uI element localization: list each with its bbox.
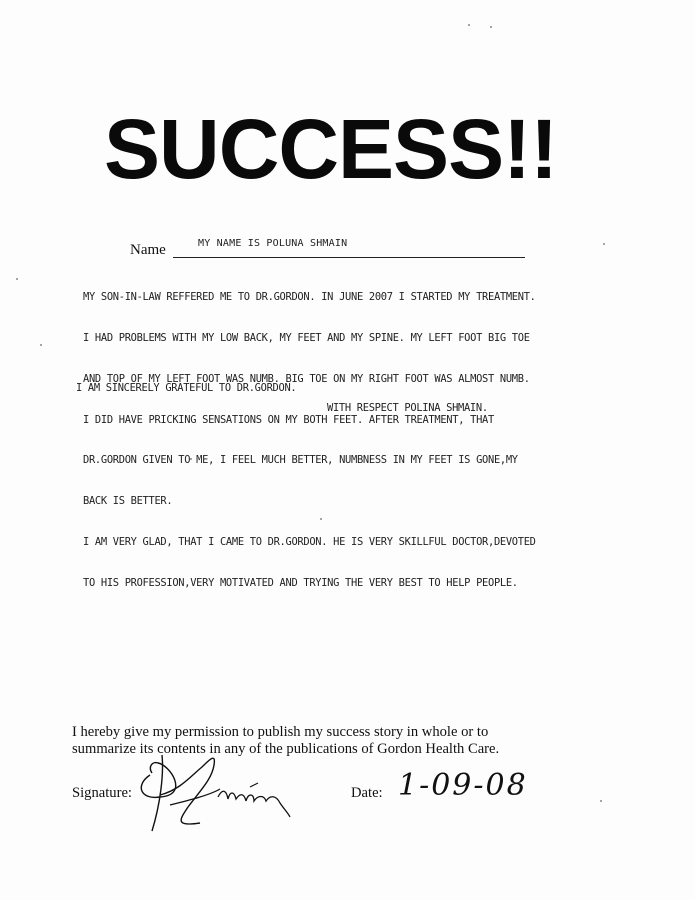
name-value: MY NAME IS POLUNA SHMAIN [198,238,347,249]
scan-speck [16,278,18,280]
name-label: Name [130,242,166,259]
grateful-line: I AM SINCERELY GRATEFUL TO DR.GORDON. [76,382,296,394]
date-label: Date: [351,785,383,802]
scan-speck [468,24,470,26]
scanned-page: SUCCESS!! Name MY NAME IS POLUNA SHMAIN … [0,0,695,900]
handwritten-signature [130,745,330,835]
scan-speck [40,344,42,346]
scan-speck [603,243,605,245]
page-title: SUCCESS!! [104,104,564,194]
testimonial-body: MY SON-IN-LAW REFFERED ME TO DR.GORDON. … [83,264,643,617]
closing-line: WITH RESPECT POLINA SHMAIN. [327,402,488,414]
body-line: TO HIS PROFESSION,VERY MOTIVATED AND TRY… [83,577,643,591]
body-line: BACK IS BETTER. [83,495,643,509]
handwritten-date: 1-09-08 [398,768,528,803]
name-field: Name MY NAME IS POLUNA SHMAIN [130,236,530,260]
body-line: I AM VERY GLAD, THAT I CAME TO DR.GORDON… [83,536,643,550]
signature-label: Signature: [72,785,132,802]
body-line: I DID HAVE PRICKING SENSATIONS ON MY BOT… [83,414,643,428]
body-line: MY SON-IN-LAW REFFERED ME TO DR.GORDON. … [83,291,643,305]
scan-speck [320,518,322,520]
name-underline [173,257,525,258]
scan-speck [490,26,492,28]
scan-speck [600,800,602,802]
body-line: DR.GORDON GIVEN TO ME, I FEEL MUCH BETTE… [83,454,643,468]
body-line: I HAD PROBLEMS WITH MY LOW BACK, MY FEET… [83,332,643,346]
scan-speck [190,458,192,460]
